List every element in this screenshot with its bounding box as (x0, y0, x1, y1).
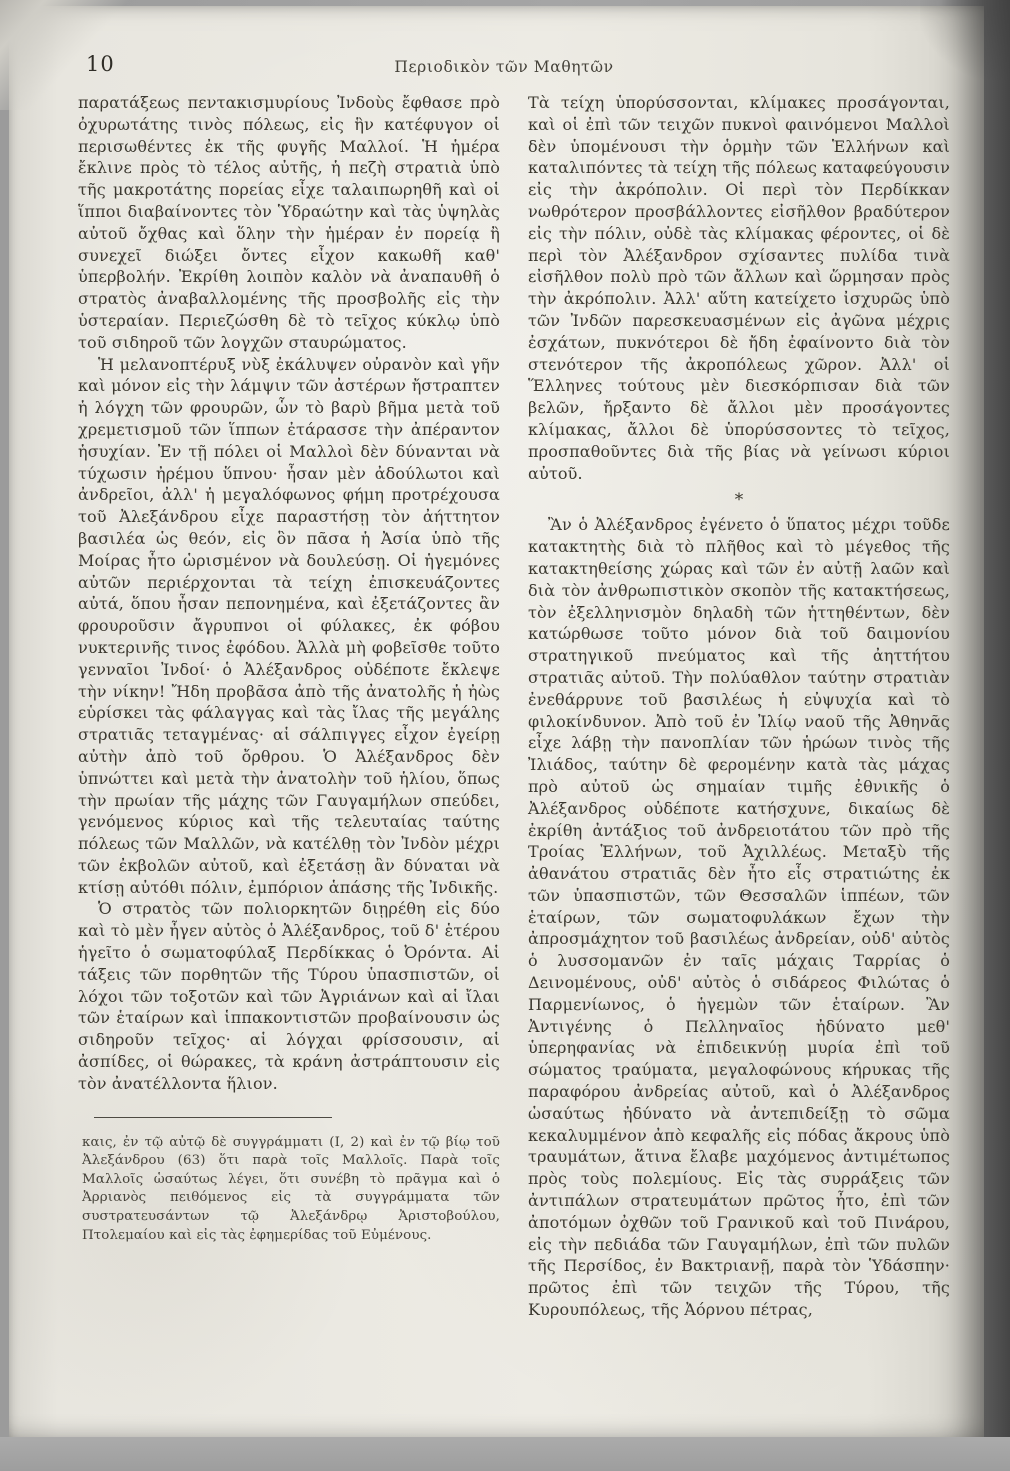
paragraph: Ὁ στρατὸς τῶν πολιορκητῶν διῃρέθη εἰς δύ… (78, 898, 500, 1094)
section-divider-asterisk: * (528, 488, 950, 512)
paragraph: Ἡ μελανοπτέρυξ νὺξ ἐκάλυψεν οὐρανὸν καὶ … (78, 354, 500, 899)
right-column: Τὰ τείχη ὑπορύσσονται, κλίμακες προσάγον… (528, 92, 950, 1321)
page-content: 10 Περιοδικὸν τῶν Μαθητῶν παρατάξεως πεν… (78, 50, 950, 1321)
scanned-page: 10 Περιοδικὸν τῶν Μαθητῶν παρατάξεως πεν… (0, 0, 1010, 1471)
paragraph: παρατάξεως πεντακισμυρίους Ἰνδοὺς ἔφθασε… (78, 92, 500, 354)
footnote-text: καις, ἐν τῷ αὐτῷ δὲ συγγράμματι (Ι, 2) κ… (82, 1134, 500, 1246)
running-title: Περιοδικὸν τῶν Μαθητῶν (78, 58, 930, 76)
paragraph: Ἂν ὁ Ἀλέξανδρος ἐγένετο ὁ ὕπατος μέχρι τ… (528, 514, 950, 1320)
page-header: 10 Περιοδικὸν τῶν Μαθητῶν (78, 50, 950, 88)
footnote-separator (94, 1117, 332, 1118)
two-column-layout: παρατάξεως πεντακισμυρίους Ἰνδοὺς ἔφθασε… (78, 92, 950, 1321)
bottom-scan-edge (0, 1437, 1010, 1471)
paragraph: Τὰ τείχη ὑπορύσσονται, κλίμακες προσάγον… (528, 92, 950, 484)
left-column: παρατάξεως πεντακισμυρίους Ἰνδοὺς ἔφθασε… (78, 92, 500, 1321)
